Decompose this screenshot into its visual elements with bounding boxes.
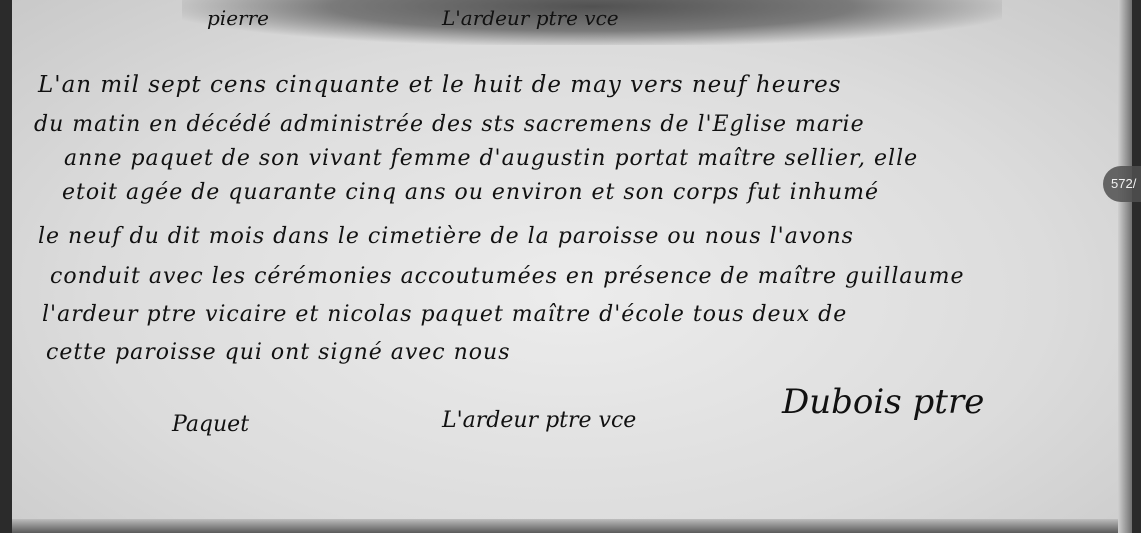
header-fragment-center: L'ardeur ptre vce (442, 6, 619, 30)
signature-dubois: Dubois ptre (782, 382, 984, 422)
header-fragment-left: pierre (207, 6, 269, 30)
text-line-5: le neuf du dit mois dans le cimetière de… (38, 224, 854, 249)
text-line-4: etoit agée de quarante cinq ans ou envir… (62, 180, 879, 205)
signature-lardeur: L'ardeur ptre vce (442, 408, 636, 433)
text-line-8: cette paroisse qui ont signé avec nous (46, 340, 511, 365)
text-line-1: L'an mil sept cens cinquante et le huit … (38, 72, 842, 98)
text-line-6: conduit avec les cérémonies accoutumées … (50, 264, 965, 289)
register-page: pierre L'ardeur ptre vce L'an mil sept c… (12, 0, 1132, 533)
text-line-2: du matin en décédé administrée des sts s… (34, 112, 865, 137)
page-number-badge: 572/ (1103, 166, 1141, 202)
page-right-edge (1118, 0, 1132, 533)
signature-paquet: Paquet (172, 412, 249, 437)
text-line-7: l'ardeur ptre vicaire et nicolas paquet … (42, 302, 847, 327)
text-line-3: anne paquet de son vivant femme d'august… (64, 146, 918, 171)
page-bottom-edge (12, 519, 1132, 533)
